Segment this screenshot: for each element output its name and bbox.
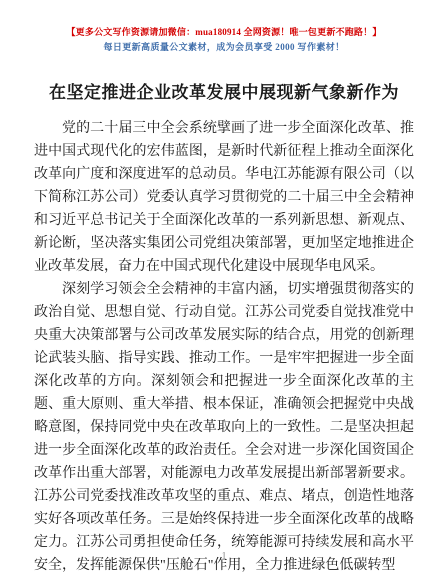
body-paragraph-2: 深刻学习领会全会精神的丰富内涵，切实增强贯彻落实的政治自觉、思想自觉、行动自觉。… xyxy=(34,278,414,577)
promo-header-line-red: 【更多公文写作资源请加微信：mua180914 全网资源！唯一包更新不跑路！】 xyxy=(0,26,448,40)
document-page: 【更多公文写作资源请加微信：mua180914 全网资源！唯一包更新不跑路！】 … xyxy=(0,0,448,580)
promo-header: 【更多公文写作资源请加微信：mua180914 全网资源！唯一包更新不跑路！】 … xyxy=(0,0,448,55)
page-number: 1 xyxy=(0,551,448,562)
document-body: 党的二十届三中全会系统擘画了进一步全面深化改革、推进中国式现代化的宏伟蓝图，是新… xyxy=(34,117,414,577)
document-title: 在坚定推进企业改革发展中展现新气象新作为 xyxy=(34,83,414,103)
promo-header-line-blue: 每日更新高质量公文素材，成为会员享受 2000 写作素材！ xyxy=(0,41,448,55)
body-paragraph-1: 党的二十届三中全会系统擘画了进一步全面深化改革、推进中国式现代化的宏伟蓝图，是新… xyxy=(34,117,414,278)
